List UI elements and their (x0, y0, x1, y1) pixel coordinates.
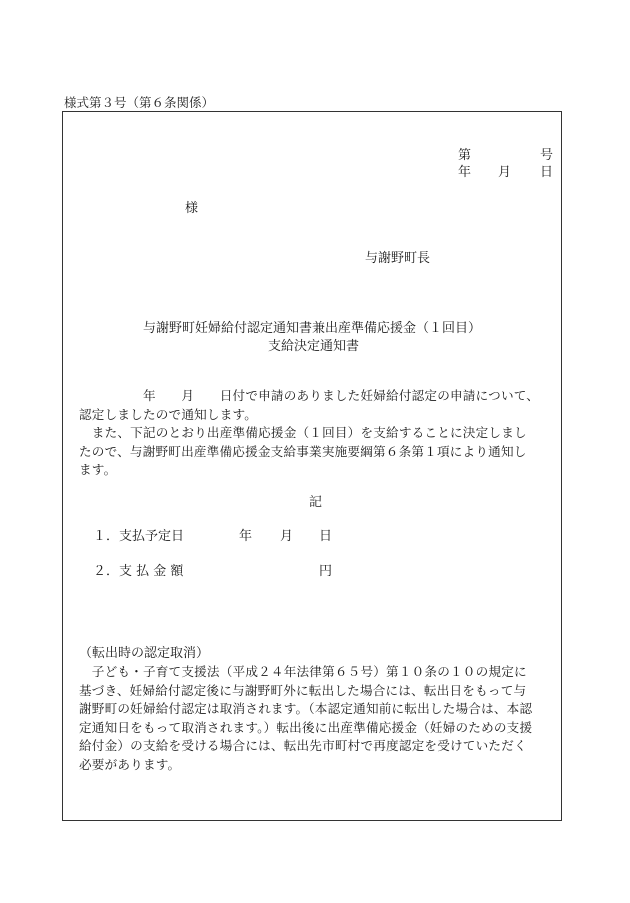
payment-amount-unit: 円 (319, 563, 332, 580)
notice-heading: （転出時の認定取消） (79, 645, 209, 662)
number-prefix: 第 (458, 147, 471, 164)
notice-line: 謝野町の妊婦給付認定は取消されます。（本認定通知前に転出した場合は、本認 (79, 700, 557, 719)
notice-line: 子ども・子育て支援法（平成２４年法律第６５号）第１０条の１０の規定に (79, 663, 557, 682)
body-line: また、下記のとおり出産準備応援金（１回目）を支給することに決定しまし (79, 424, 557, 443)
payment-date-year: 年 (239, 528, 252, 545)
payment-date-month: 月 (280, 528, 293, 545)
payment-date-label: １．支払予定日 (93, 528, 184, 545)
notice-line: 基づき、妊婦給付認定後に与謝野町外に転出した場合には、転出日をもって与 (79, 682, 557, 701)
body-line: 認定しましたので通知します。 (79, 406, 557, 425)
payment-date-day: 日 (319, 528, 332, 545)
date-day-label: 日 (540, 164, 553, 181)
document-title-line1: 与謝野町妊婦給付認定通知書兼出産準備応援金（１回目） (143, 320, 481, 337)
date-year-label: 年 (458, 164, 471, 181)
sender-name: 与謝野町長 (365, 250, 430, 267)
payment-amount-label: ２．支 払 金 額 (93, 563, 183, 580)
notice-paragraph: 子ども・子育て支援法（平成２４年法律第６５号）第１０条の１０の規定に 基づき、妊… (79, 663, 557, 774)
record-heading: 記 (309, 494, 322, 511)
document-title-line2: 支給決定通知書 (268, 338, 359, 355)
body-line: ます。 (79, 461, 557, 480)
number-suffix: 号 (540, 147, 553, 164)
form-number-label: 様式第３号（第６条関係） (64, 94, 214, 111)
body-line: 年 月 日付で申請のありました妊婦給付認定の申請について、 (79, 387, 557, 406)
addressee-suffix: 様 (185, 200, 198, 217)
body-line: たので、与謝野町出産準備応援金支給事業実施要綱第６条第１項により通知し (79, 443, 557, 462)
body-paragraph: 年 月 日付で申請のありました妊婦給付認定の申請について、 認定しましたので通知… (79, 387, 557, 480)
notice-line: 必要があります。 (79, 756, 557, 775)
notice-line: 給付金）の支給を受ける場合には、転出先市町村で再度認定を受けていただく (79, 737, 557, 756)
notice-line: 定通知日をもって取消されます。）転出後に出産準備応援金（妊婦のための支援 (79, 719, 557, 738)
date-month-label: 月 (498, 164, 511, 181)
